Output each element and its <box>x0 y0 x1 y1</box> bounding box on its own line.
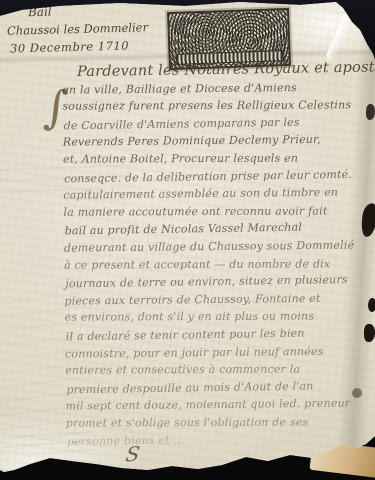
manuscript-sheet: Bail Chaussoi les Dommelier 30 Decembre … <box>0 0 375 480</box>
ink-blot <box>352 388 362 398</box>
manuscript-line: personne biens et … <box>67 429 369 451</box>
manuscript-line: demeurant au village du Chaussoy sous Do… <box>64 236 366 257</box>
ink-blot <box>368 298 375 312</box>
annotation-title: Bail <box>28 5 52 20</box>
ink-blot <box>366 104 375 120</box>
annotation-place: Chaussoi les Dommelier <box>7 20 148 38</box>
ink-blot <box>364 324 375 342</box>
manuscript-line: mil sept cent douze, moiennant quoi led.… <box>65 395 367 416</box>
closing-paraph-flourish: S <box>124 442 141 467</box>
manuscript-line: Reverends Peres Dominique Declemy Prieur… <box>63 131 365 152</box>
manuscript-body: Pardevant les Notaires Royaux et apost. … <box>62 60 368 450</box>
scanned-document-photo: Bail Chaussoi les Dommelier 30 Decembre … <box>0 0 375 480</box>
manuscript-line: capitulairement assemblée au son du timb… <box>63 184 365 205</box>
